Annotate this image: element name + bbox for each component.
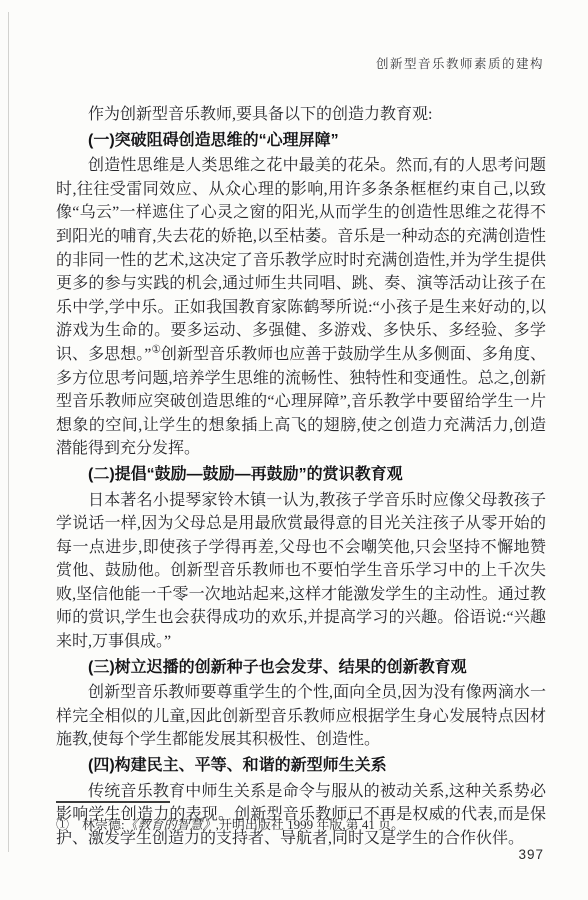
section-heading: (四)构建民主、平等、和谐的新型师生关系 — [56, 754, 546, 778]
page-edge-line — [8, 12, 9, 852]
body-paragraph: 创新型音乐教师要尊重学生的个性,面向全员,因为没有像两滴水一样完全相似的儿童,因… — [56, 681, 546, 752]
sections-container: (一)突破阻碍创造思维的“心理屏障”创造性思维是人类思维之花中最美的花朵。然而,… — [56, 129, 546, 851]
footnote-block: ① 林崇德:《教育的智慧》,开明出版社 1999 年版,第 41 页。 — [56, 801, 546, 834]
section-heading: (一)突破阻碍创造思维的“心理屏障” — [56, 129, 546, 153]
footnote-reference-marker: ① — [151, 345, 161, 356]
footnote-text: ① 林崇德:《教育的智慧》,开明出版社 1999 年版,第 41 页。 — [56, 816, 546, 834]
book-page: 创新型音乐教师素质的建构 作为创新型音乐教师,要具备以下的创造力教育观: (一)… — [0, 0, 588, 900]
footnote-separator — [56, 801, 170, 803]
page-body: 作为创新型音乐教师,要具备以下的创造力教育观: (一)突破阻碍创造思维的“心理屏… — [56, 103, 546, 850]
section-heading: (三)树立迟播的创新种子也会发芽、结果的创新教育观 — [56, 656, 546, 680]
text-segment: 创造性思维是人类思维之花中最美的花朵。然而,有的人思考问题时,往往受雷同效应、从… — [56, 157, 546, 363]
book-title: 《教育的智慧》 — [125, 817, 216, 832]
section-heading: (二)提倡“鼓励—鼓励—再鼓励”的赏识教育观 — [56, 463, 546, 487]
body-paragraph: 日本著名小提琴家铃木镇一认为,教孩子学音乐时应像父母教孩子学说话一样,因为父母总… — [56, 489, 546, 654]
text-segment: 日本著名小提琴家铃木镇一认为,教孩子学音乐时应像父母教孩子学说话一样,因为父母总… — [56, 492, 546, 651]
body-paragraph: 创造性思维是人类思维之花中最美的花朵。然而,有的人思考问题时,往往受雷同效应、从… — [56, 154, 546, 461]
intro-paragraph: 作为创新型音乐教师,要具备以下的创造力教育观: — [56, 103, 546, 127]
running-header: 创新型音乐教师素质的建构 — [376, 54, 544, 72]
text-segment: ① 林崇德: — [56, 817, 125, 832]
page-number: 397 — [518, 847, 544, 862]
text-segment: 创新型音乐教师要尊重学生的个性,面向全员,因为没有像两滴水一样完全相似的儿童,因… — [56, 684, 546, 748]
text-segment: ,开明出版社 1999 年版,第 41 页。 — [216, 817, 405, 832]
